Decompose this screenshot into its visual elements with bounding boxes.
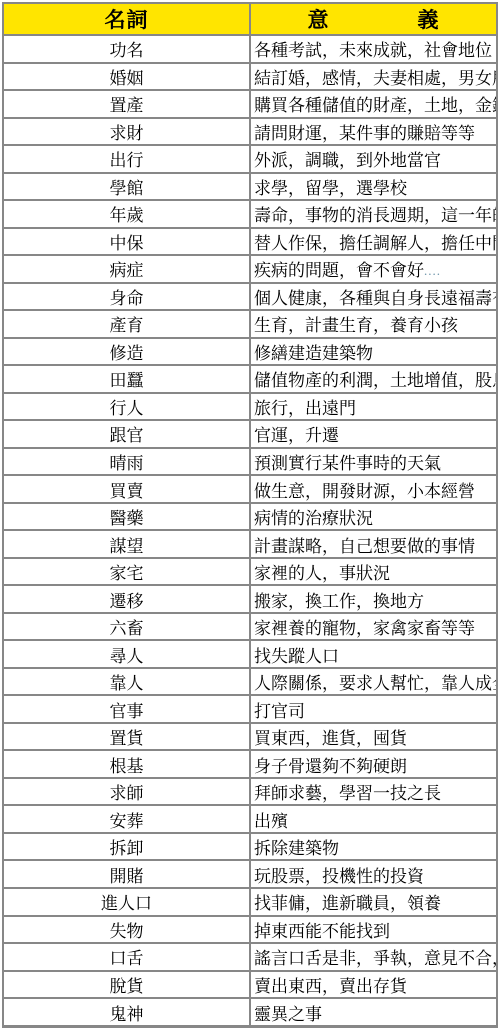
table-row: 根基身子骨還夠不夠硬朗 [3,750,497,778]
header-cell-term: 名詞 [3,3,250,35]
term-cell: 鬼神 [3,998,250,1026]
term-cell: 進人口 [3,888,250,916]
table-row: 失物掉東西能不能找到 [3,916,497,944]
term-cell: 尋人 [3,640,250,668]
term-cell: 安葬 [3,805,250,833]
table-row: 醫藥病情的治療狀況 [3,503,497,531]
term-cell: 家宅 [3,558,250,586]
meaning-cell: 玩股票，投機性的投資 [250,860,497,888]
header-row: 名詞 意 義 [3,3,497,35]
table-row: 口舌謠言口舌是非，爭執，意見不合，毀謗 [3,943,497,971]
term-cell: 田蠶 [3,365,250,393]
meaning-cell: 靈異之事 [250,998,497,1026]
meaning-cell: 各種考試，未來成就，社會地位 [250,35,497,63]
term-cell: 置產 [3,90,250,118]
meaning-cell: 修繕建造建築物 [250,338,497,366]
table-row: 開賭玩股票，投機性的投資 [3,860,497,888]
table-row: 身命個人健康，各種與自身長遠福壽有關的 [3,283,497,311]
term-cell: 中保 [3,228,250,256]
term-cell: 跟官 [3,420,250,448]
term-cell: 身命 [3,283,250,311]
meaning-cell: 家裡的人，事狀況 [250,558,497,586]
table-row: 功名各種考試，未來成就，社會地位 [3,35,497,63]
term-cell: 行人 [3,393,250,421]
meaning-cell: 拜師求藝，學習一技之長 [250,778,497,806]
table-row: 跟官官運，升遷 [3,420,497,448]
meaning-cell: 病情的治療狀況 [250,503,497,531]
meaning-cell: 找菲傭，進新職員，領養 [250,888,497,916]
table-row: 謀望計畫謀略，自己想要做的事情 [3,530,497,558]
meaning-cell: 壽命，事物的消長週期，這一年的收穫 [250,200,497,228]
term-cell: 遷移 [3,585,250,613]
term-cell: 六畜 [3,613,250,641]
meaning-cell: 做生意，開發財源，小本經營 [250,475,497,503]
meaning-cell: 身子骨還夠不夠硬朗 [250,750,497,778]
term-cell: 學館 [3,173,250,201]
table-row: 家宅家裡的人，事狀況 [3,558,497,586]
meaning-cell: 出殯 [250,805,497,833]
meaning-cell: 計畫謀略，自己想要做的事情 [250,530,497,558]
meaning-cell: 搬家，換工作，換地方 [250,585,497,613]
meaning-cell: 外派，調職，到外地當官 [250,145,497,173]
table-row: 中保替人作保，擔任調解人，擔任中間人 [3,228,497,256]
table-row: 鬼神靈異之事 [3,998,497,1026]
meaning-cell: 家裡養的寵物，家禽家畜等等 [250,613,497,641]
term-cell: 求師 [3,778,250,806]
table-row: 病症疾病的問題，會不會好.... [3,255,497,283]
table-row: 產育生育，計畫生育，養育小孩 [3,310,497,338]
term-cell: 脫貨 [3,971,250,999]
meaning-cell: 預測實行某件事時的天氣 [250,448,497,476]
table-row: 拆卸拆除建築物 [3,833,497,861]
meaning-cell: 儲值物產的利潤，土地增值，股息利息. [250,365,497,393]
term-cell: 靠人 [3,668,250,696]
table-row: 官事打官司 [3,695,497,723]
term-cell: 置貨 [3,723,250,751]
term-cell: 求財 [3,118,250,146]
term-cell: 口舌 [3,943,250,971]
table-row: 學館求學，留學，選學校 [3,173,497,201]
table-row: 年歲壽命，事物的消長週期，這一年的收穫 [3,200,497,228]
table-row: 遷移搬家，換工作，換地方 [3,585,497,613]
term-cell: 功名 [3,35,250,63]
meaning-cell: 買東西，進貨，囤貨 [250,723,497,751]
meaning-cell: 個人健康，各種與自身長遠福壽有關的 [250,283,497,311]
header-cell-meaning: 意 義 [250,3,497,35]
ellipsis-suffix: .... [424,263,441,278]
table-row: 修造修繕建造建築物 [3,338,497,366]
meaning-cell: 謠言口舌是非，爭執，意見不合，毀謗 [250,943,497,971]
table-row: 進人口找菲傭，進新職員，領養 [3,888,497,916]
term-cell: 根基 [3,750,250,778]
table-row: 靠人人際關係，要求人幫忙，靠人成全時 [3,668,497,696]
table-row: 行人旅行，出遠門 [3,393,497,421]
table-row: 求財請問財運，某件事的賺賠等等 [3,118,497,146]
term-cell: 晴雨 [3,448,250,476]
table-row: 六畜家裡養的寵物，家禽家畜等等 [3,613,497,641]
term-cell: 開賭 [3,860,250,888]
table-row: 婚姻結訂婚，感情，夫妻相處，男女朋友 [3,63,497,91]
meaning-cell: 結訂婚，感情，夫妻相處，男女朋友 [250,63,497,91]
meaning-cell: 旅行，出遠門 [250,393,497,421]
table-row: 置產購買各種儲值的財產，土地，金銀等 [3,90,497,118]
table-row: 脫貨賣出東西，賣出存貨 [3,971,497,999]
table-row: 出行外派，調職，到外地當官 [3,145,497,173]
meaning-cell: 生育，計畫生育，養育小孩 [250,310,497,338]
term-cell: 病症 [3,255,250,283]
term-cell: 謀望 [3,530,250,558]
table-row: 買賣做生意，開發財源，小本經營 [3,475,497,503]
term-cell: 失物 [3,916,250,944]
table-row: 置貨買東西，進貨，囤貨 [3,723,497,751]
meaning-cell: 疾病的問題，會不會好.... [250,255,497,283]
table-header: 名詞 意 義 [3,3,497,35]
table-row: 求師拜師求藝，學習一技之長 [3,778,497,806]
meaning-cell: 替人作保，擔任調解人，擔任中間人 [250,228,497,256]
term-cell: 官事 [3,695,250,723]
table-row: 尋人找失蹤人口 [3,640,497,668]
table-row: 安葬出殯 [3,805,497,833]
meaning-cell: 拆除建築物 [250,833,497,861]
term-cell: 買賣 [3,475,250,503]
meaning-cell: 打官司 [250,695,497,723]
term-cell: 拆卸 [3,833,250,861]
meaning-cell: 人際關係，要求人幫忙，靠人成全時 [250,668,497,696]
term-cell: 修造 [3,338,250,366]
meaning-cell: 請問財運，某件事的賺賠等等 [250,118,497,146]
meaning-cell: 找失蹤人口 [250,640,497,668]
table-row: 田蠶儲值物產的利潤，土地增值，股息利息. [3,365,497,393]
meaning-cell: 官運，升遷 [250,420,497,448]
meaning-cell: 賣出東西，賣出存貨 [250,971,497,999]
meaning-cell: 掉東西能不能找到 [250,916,497,944]
term-cell: 醫藥 [3,503,250,531]
meaning-cell: 購買各種儲值的財產，土地，金銀等 [250,90,497,118]
term-cell: 婚姻 [3,63,250,91]
term-cell: 出行 [3,145,250,173]
term-cell: 年歲 [3,200,250,228]
table-row: 晴雨預測實行某件事時的天氣 [3,448,497,476]
table-body: 功名各種考試，未來成就，社會地位婚姻結訂婚，感情，夫妻相處，男女朋友置產購買各種… [3,35,497,1027]
divination-terms-table: 名詞 意 義 功名各種考試，未來成就，社會地位婚姻結訂婚，感情，夫妻相處，男女朋… [2,2,498,1028]
meaning-cell: 求學，留學，選學校 [250,173,497,201]
term-cell: 產育 [3,310,250,338]
